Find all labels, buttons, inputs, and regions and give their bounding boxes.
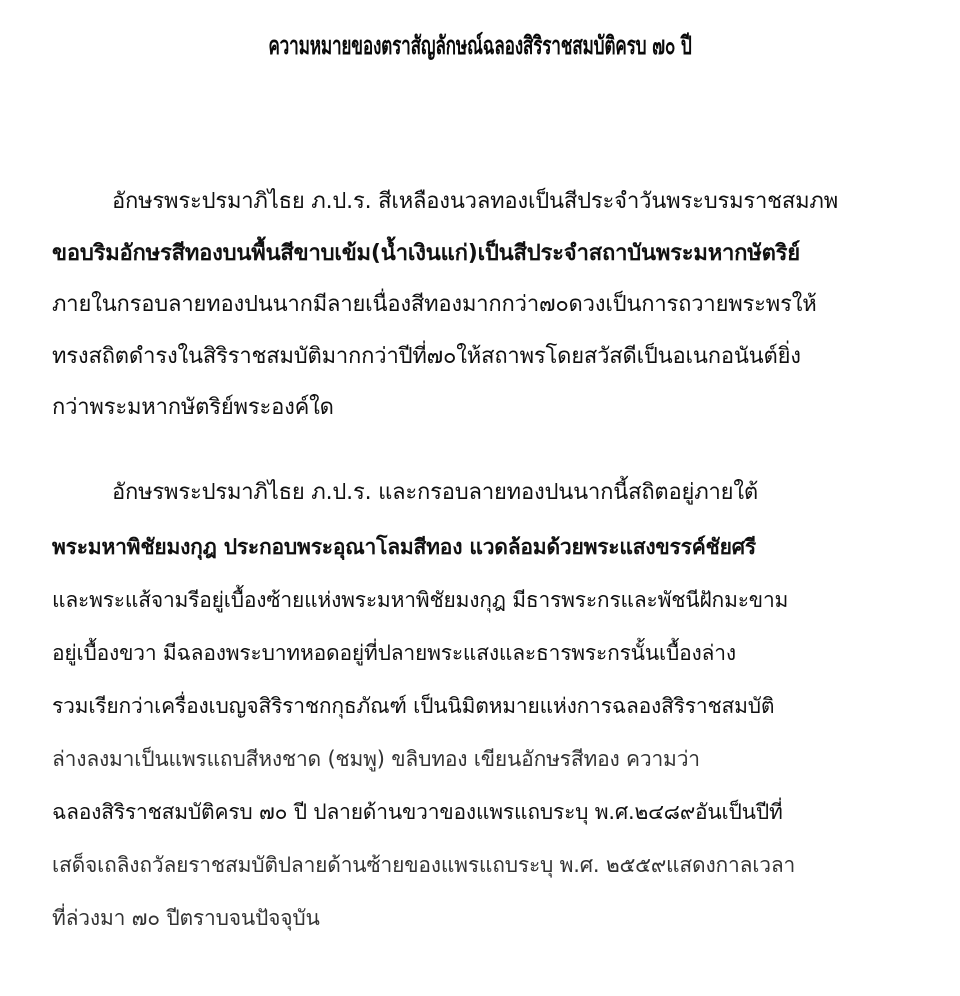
paragraph-line: พระมหาพิชัยมงกุฎ ประกอบพระอุณาโลมสีทอง แ… [52,527,756,567]
paragraph-line: ล่างลงมาเป็นแพรแถบสีหงชาด (ชมพู) ขลิบทอง… [52,739,700,779]
paragraph-line: และพระแส้จามรีอยู่เบื้องซ้ายแห่งพระมหาพิ… [52,580,788,620]
paragraph-line: เสด็จเถลิงถวัลยราชสมบัติปลายด้านซ้ายของแ… [52,845,795,885]
paragraph-line: ภายในกรอบลายทองปนนากมีลายเนื่องสีทองมากก… [52,285,817,325]
paragraph-line: ขอบริมอักษรสีทองบนพื้นสีขาบเข้ม(น้ำเงินแ… [52,234,800,274]
paragraph-line: กว่าพระมหากษัตริย์พระองค์ใด [52,388,334,428]
paragraph-line: ที่ล่วงมา ๗๐ ปีตราบจนปัจจุบัน [52,898,320,938]
document-title: ความหมายของตราสัญลักษณ์ฉลองสิริราชสมบัติ… [150,26,810,66]
paragraph-line: อักษรพระปรมาภิไธย ภ.ป.ร. และกรอบลายทองปน… [112,473,758,513]
paragraph-line: อักษรพระปรมาภิไธย ภ.ป.ร. สีเหลืองนวลทองเ… [112,182,838,222]
paragraph-line: อยู่เบื้องขวา มีฉลองพระบาทหอดอยู่ที่ปลาย… [52,633,736,673]
paragraph-line: ทรงสถิตดำรงในสิริราชสมบัติมากกว่าปีที่๗๐… [52,337,801,377]
paragraph-line: ฉลองสิริราชสมบัติครบ ๗๐ ปี ปลายด้านขวาขอ… [52,792,783,832]
paragraph-line: รวมเรียกว่าเครื่องเบญจสิริราชกกุธภัณฑ์ เ… [52,686,774,726]
